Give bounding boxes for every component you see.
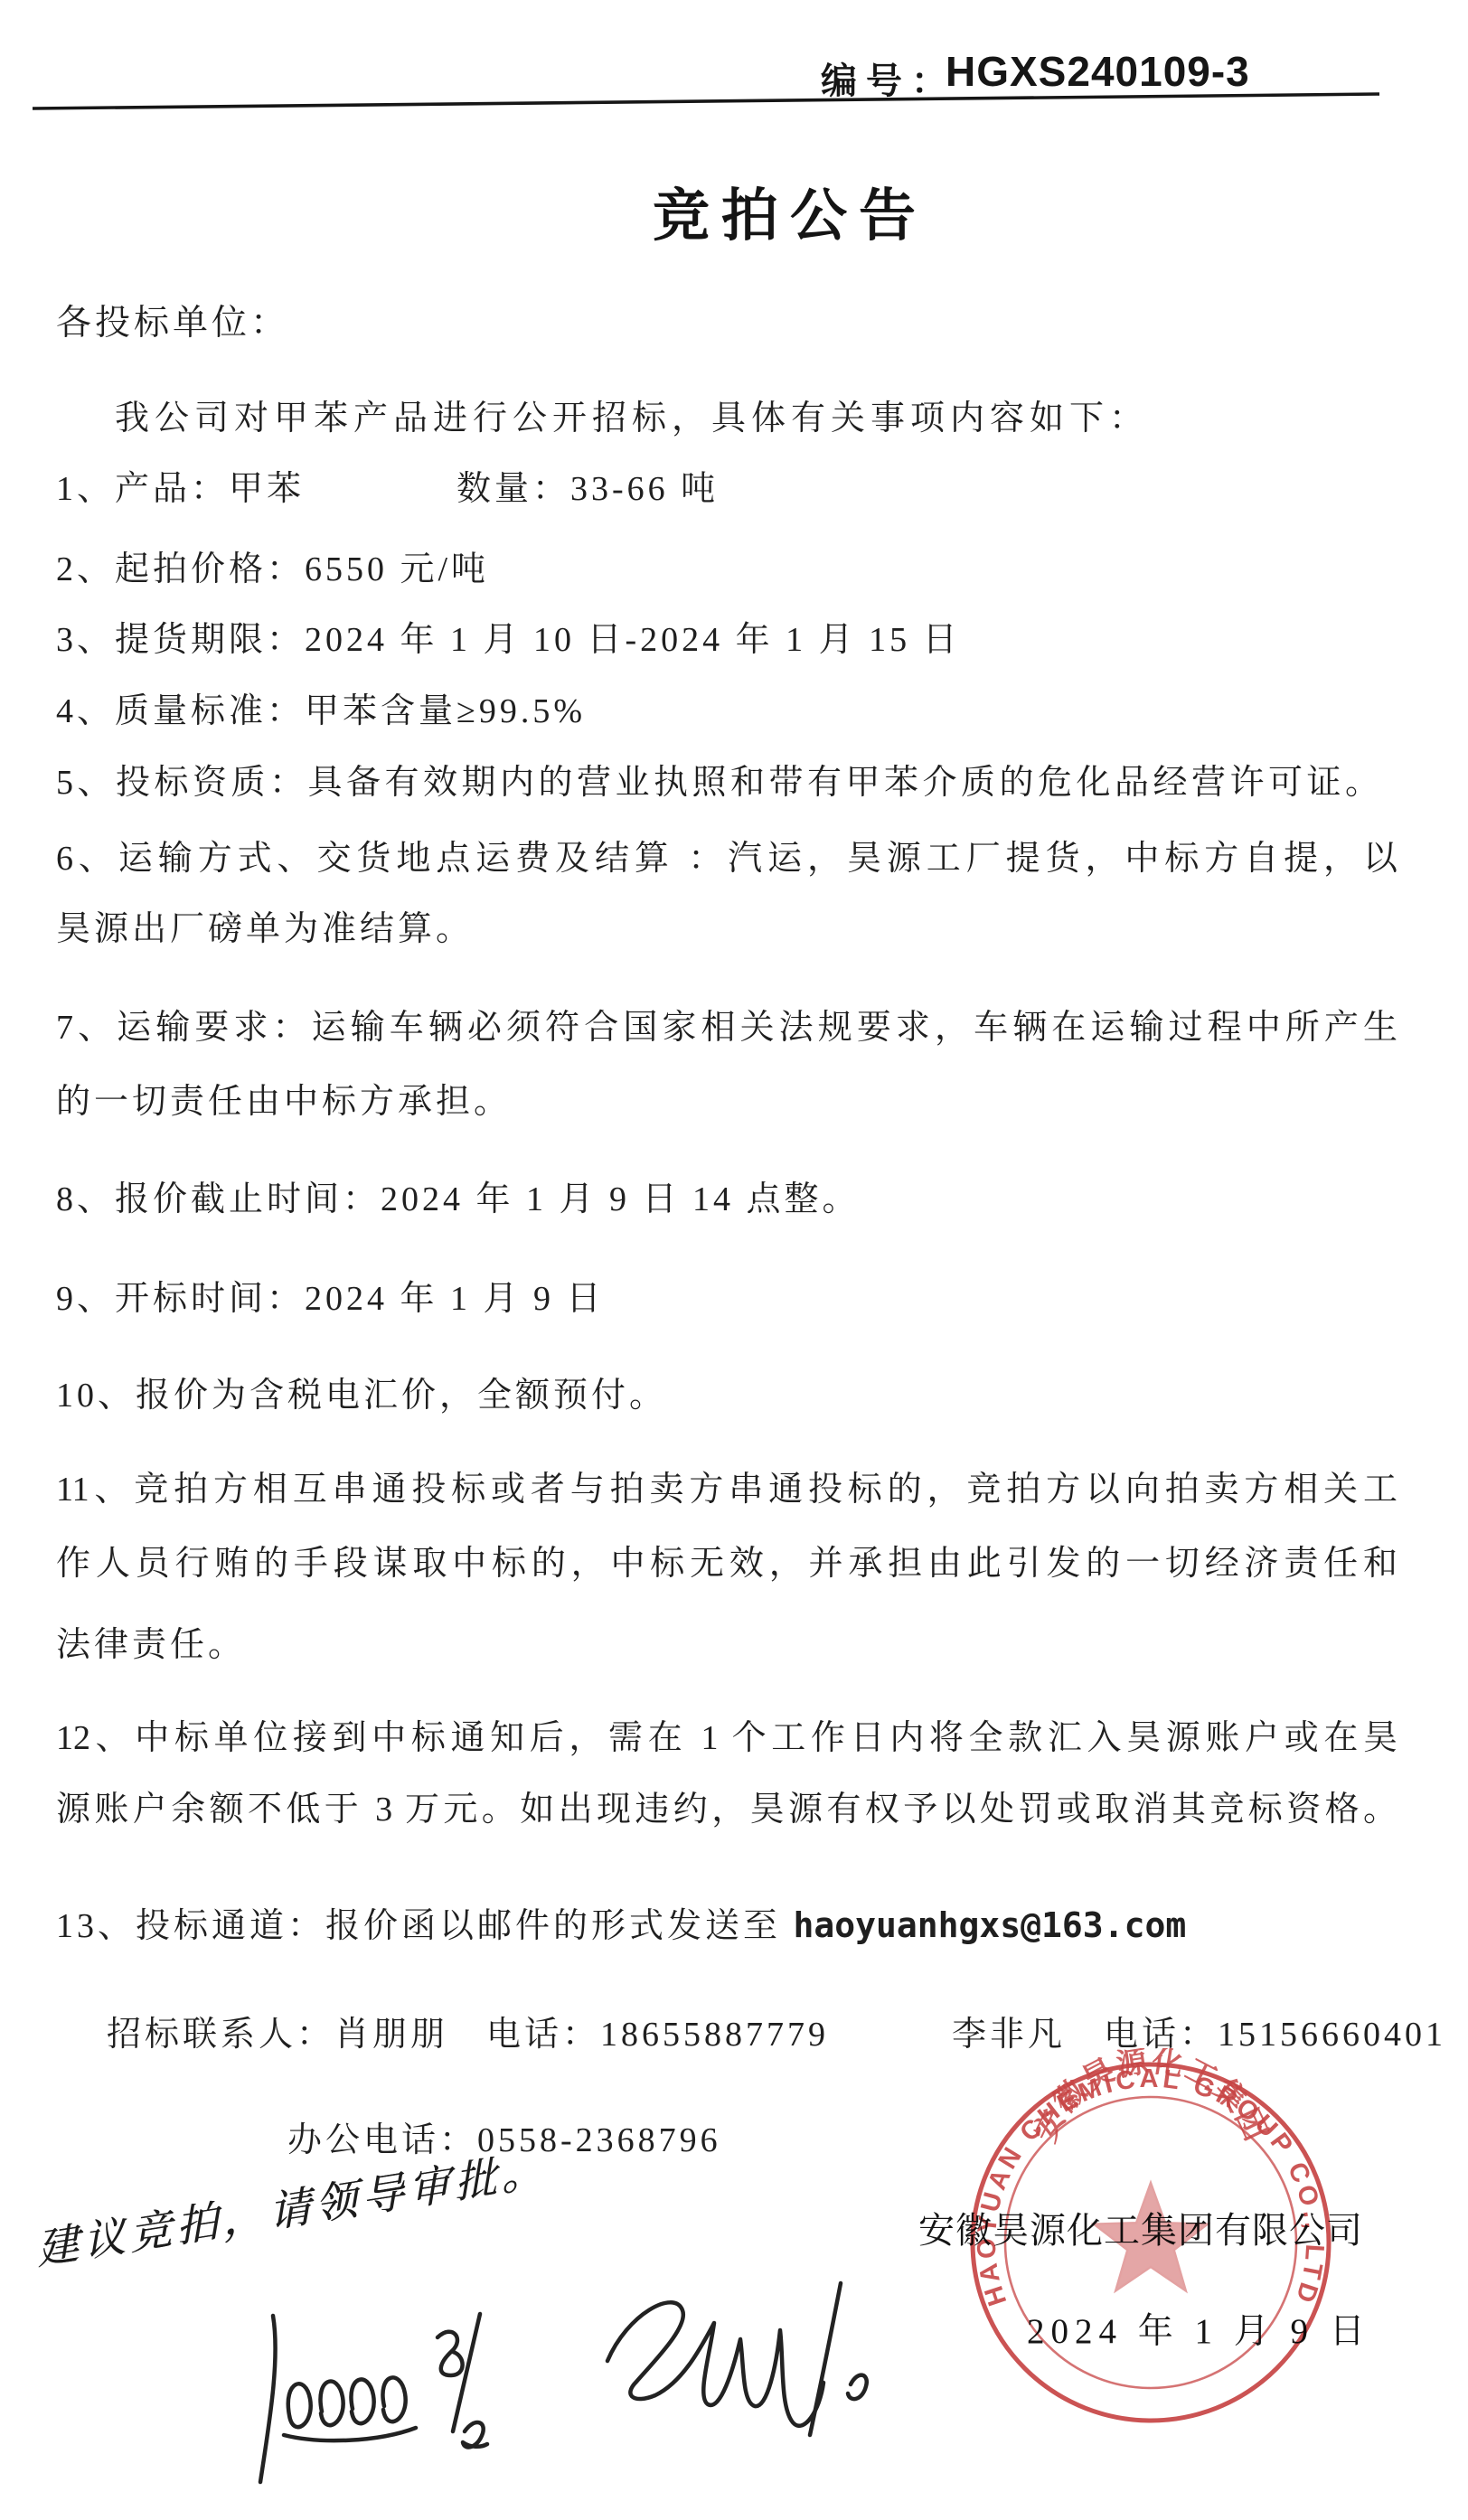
clause-12-line-2: 源账户余额不低于 3 万元。如出现违约，昊源有权予以处罚或取消其竞标资格。 bbox=[56, 1789, 1397, 1832]
clause-1: 1、产品：甲苯 数量：33-66 吨 bbox=[56, 468, 719, 512]
clause-13: 13、投标通道：报价函以邮件的形式发送至 haoyuanhgxs@163.com bbox=[56, 1904, 1186, 1949]
clause-11-line-2: 作人员行贿的手段谋取中标的，中标无效，并承担由此引发的一切经济责任和 bbox=[56, 1543, 1397, 1586]
handwritten-signature-1 bbox=[242, 2303, 504, 2488]
company-name: 安徽昊源化工集团有限公司 bbox=[918, 2208, 1363, 2253]
header-underline bbox=[0, 83, 1468, 123]
clause-13-text: 13、投标通道：报价函以邮件的形式发送至 bbox=[56, 1907, 794, 1945]
clause-10: 10、报价为含税电汇价，全额预付。 bbox=[56, 1375, 667, 1418]
clause-6-line-1: 6、运输方式、交货地点运费及结算 ：汽运，昊源工厂提货，中标方自提，以 bbox=[56, 838, 1397, 881]
clause-3: 3、提货期限：2024 年 1 月 10 日-2024 年 1 月 15 日 bbox=[56, 619, 961, 663]
clause-6-line-2: 昊源出厂磅单为准结算。 bbox=[56, 908, 474, 952]
clause-7-line-2: 的一切责任由中标方承担。 bbox=[56, 1081, 512, 1124]
clause-2: 2、起拍价格：6550 元/吨 bbox=[56, 549, 489, 592]
issue-date: 2024 年 1 月 9 日 bbox=[1027, 2310, 1371, 2355]
clause-12-line-1: 12、中标单位接到中标通知后，需在 1 个工作日内将全款汇入昊源账户或在昊 bbox=[56, 1717, 1397, 1761]
intro-paragraph: 我公司对甲苯产品进行公开招标，具体有关事项内容如下： bbox=[115, 398, 1149, 441]
salutation: 各投标单位： bbox=[56, 302, 289, 346]
clause-11-line-1: 11、竞拍方相互串通投标或者与拍卖方串通投标的，竞拍方以向拍卖方相关工 bbox=[56, 1469, 1397, 1512]
page-title: 竞拍公告 bbox=[653, 170, 927, 252]
clause-4: 4、质量标准：甲苯含量≥99.5% bbox=[56, 691, 586, 734]
clause-11-line-3: 法律责任。 bbox=[56, 1624, 246, 1668]
contact-primary: 招标联系人：肖朋朋 电话：18655887779 bbox=[107, 2014, 829, 2057]
clause-8: 8、报价截止时间：2024 年 1 月 9 日 14 点整。 bbox=[56, 1179, 861, 1222]
clause-9: 9、开标时间：2024 年 1 月 9 日 bbox=[56, 1278, 605, 1321]
clause-5: 5、投标资质：具备有效期内的营业执照和带有甲苯介质的危化品经营许可证。 bbox=[56, 762, 1384, 805]
email-address: haoyuanhgxs@163.com bbox=[794, 1905, 1187, 1945]
auction-notice-page: 编号： HGXS240109-3 竞拍公告 各投标单位： 我公司对甲苯产品进行公… bbox=[0, 0, 1468, 2520]
handwritten-signature-2 bbox=[586, 2274, 875, 2450]
clause-7-line-1: 7、运输要求：运输车辆必须符合国家相关法规要求，车辆在运输过程中所产生 bbox=[56, 1007, 1397, 1050]
